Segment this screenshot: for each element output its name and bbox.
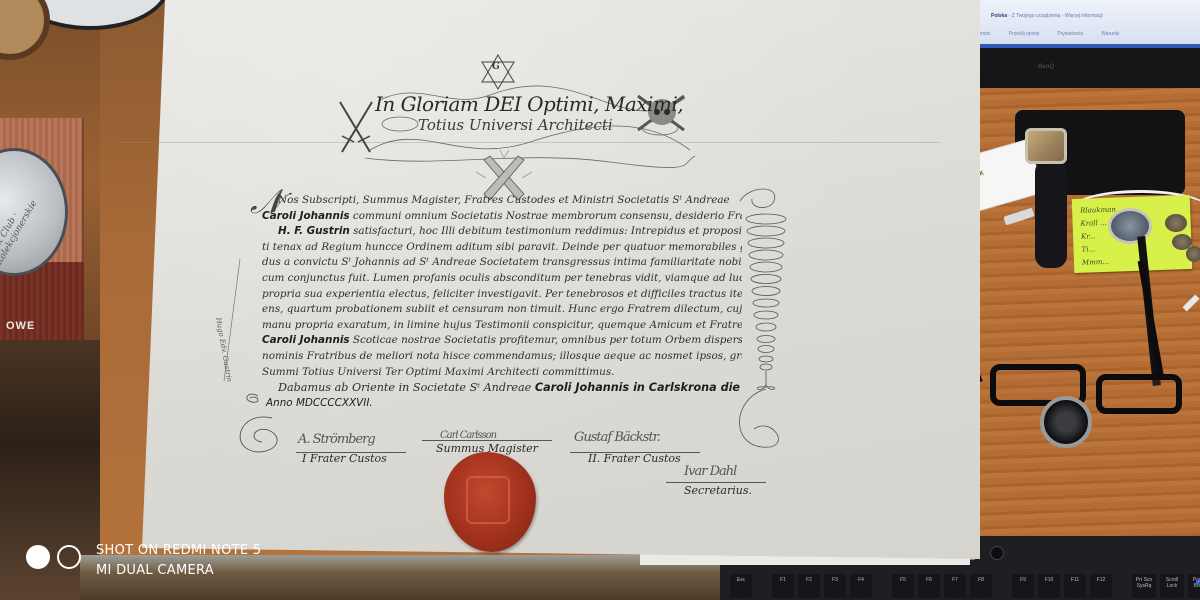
body-line: Caroli Johannis Scoticae nostrae Societa… <box>262 333 742 349</box>
watermark-line1: SHOT ON REDMI NOTE 5 <box>96 541 261 561</box>
key-f3[interactable]: F3 <box>824 574 846 598</box>
star-of-david-icon <box>478 52 518 92</box>
body-line: Nos Subscripti, Summus Magister, Fratres… <box>262 193 742 209</box>
glasses-lens-right <box>1096 374 1182 414</box>
key-f12[interactable]: F12 <box>1090 574 1112 598</box>
spiral-flourish-icon <box>730 185 790 455</box>
signature-scrawl: Gustaf Bäckstr. <box>574 430 660 445</box>
key-f9[interactable]: F9 <box>1012 574 1034 598</box>
key-print-screen[interactable]: Prt Scn SysRq <box>1132 574 1156 598</box>
left-e-flourish-icon <box>228 390 288 460</box>
coin <box>1186 246 1200 262</box>
key-f11[interactable]: F11 <box>1064 574 1086 598</box>
key-f5[interactable]: F5 <box>892 574 914 598</box>
body-line: Summi Totius Universi Ter Optimi Maximi … <box>262 365 742 381</box>
footer-link-feedback[interactable]: Prześlij opinię <box>1009 31 1040 37</box>
camera-watermark-ring-icon <box>57 545 81 569</box>
crossed-swords-icon <box>336 98 376 156</box>
date-line: Anno MDCCCCXXVII. <box>262 396 742 412</box>
body-line: dus a convictu Sᵗ Johannis ad Sᵗ Andreae… <box>262 255 742 271</box>
key-pause[interactable]: Pause Break <box>1188 574 1200 598</box>
body-line: cum conjunctus fuit. Lumen profanis ocul… <box>262 271 742 287</box>
keyboard-top <box>975 536 1200 562</box>
body-line: Caroli Johannis communi omnium Societati… <box>262 209 742 225</box>
keyboard-led <box>1196 580 1200 584</box>
signature-title-second-custos: II. Frater Custos <box>588 452 681 465</box>
camera-watermark: SHOT ON REDMI NOTE 5 MI DUAL CAMERA <box>96 541 261 581</box>
margin-signature: Hugo Edv. Gustrin <box>218 255 248 385</box>
photo-scene: Book Club · Kolekcjonerskie OWE Polska -… <box>0 0 1200 600</box>
footer-link-terms[interactable]: Warunki <box>1101 31 1119 37</box>
header-invocation-line2: Totius Universi Architecti <box>418 116 613 134</box>
signature-title-first-custos: I Frater Custos <box>302 452 387 465</box>
body-line: H. F. Gustrin satisfacturi, hoc Illi deb… <box>262 224 742 240</box>
body-line: Dabamus ab Oriente in Societate Sᵗ Andre… <box>262 380 742 396</box>
monitor-brand-logo: BenQ <box>1038 64 1054 70</box>
browser-footer-links: Pomoc Prześlij opinię Prywatność Warunki <box>975 31 1119 37</box>
wristwatch-icon <box>1025 128 1067 164</box>
certificate-body-text: Nos Subscripti, Summus Magister, Fratres… <box>262 193 742 411</box>
wristwatch-strap <box>1035 160 1067 268</box>
body-line: manu propria exaratum, in limine hujus T… <box>262 318 742 334</box>
body-line: nominis Fratribus de meliori nota hisce … <box>262 349 742 365</box>
signature-title-secretary: Secretarius. <box>684 484 752 497</box>
key-f2[interactable]: F2 <box>798 574 820 598</box>
body-line: ens, quartum probationem subiit et censu… <box>262 302 742 318</box>
body-line: propria sua experientia electus, felicit… <box>262 287 742 303</box>
key-f10[interactable]: F10 <box>1038 574 1060 598</box>
jewelers-loupe-icon <box>1040 396 1092 448</box>
key-f1[interactable]: F1 <box>772 574 794 598</box>
footer-link-privacy[interactable]: Prywatność <box>1057 31 1083 37</box>
watermark-line2: MI DUAL CAMERA <box>96 561 261 581</box>
region-detail: - Z Twojego urządzenia - Więcej informac… <box>1007 13 1103 19</box>
function-key-row: Esc F1 F2 F3 F4 F5 F6 F7 F8 F9 F10 F11 F… <box>730 574 1200 598</box>
signature-scrawl: A. Strömberg <box>298 432 375 447</box>
key-f4[interactable]: F4 <box>850 574 872 598</box>
key-f8[interactable]: F8 <box>970 574 992 598</box>
region-name: Polska <box>991 13 1007 19</box>
browser-footer-region: Polska - Z Twojego urządzenia - Więcej i… <box>991 13 1103 19</box>
camera-watermark-dot-icon <box>26 545 50 569</box>
signature-scrawl: Ivar Dahl <box>684 464 736 479</box>
key-f6[interactable]: F6 <box>918 574 940 598</box>
book-spine-label: OWE <box>6 320 35 332</box>
coin <box>1165 214 1187 232</box>
star-letter: G <box>492 62 500 72</box>
key-esc[interactable]: Esc <box>730 574 752 598</box>
header-invocation-line1: In Gloriam DEI Optimi, Maximi, <box>375 92 683 116</box>
body-line: ti tenax ad Regium huncce Ordinem aditum… <box>262 240 742 256</box>
seal-crest-icon <box>466 476 510 524</box>
key-scroll-lock[interactable]: Scroll Lock <box>1160 574 1184 598</box>
hp-logo-icon <box>990 546 1004 560</box>
coin-text: Book Club · Kolekcjonerskie <box>0 175 50 266</box>
key-f7[interactable]: F7 <box>944 574 966 598</box>
